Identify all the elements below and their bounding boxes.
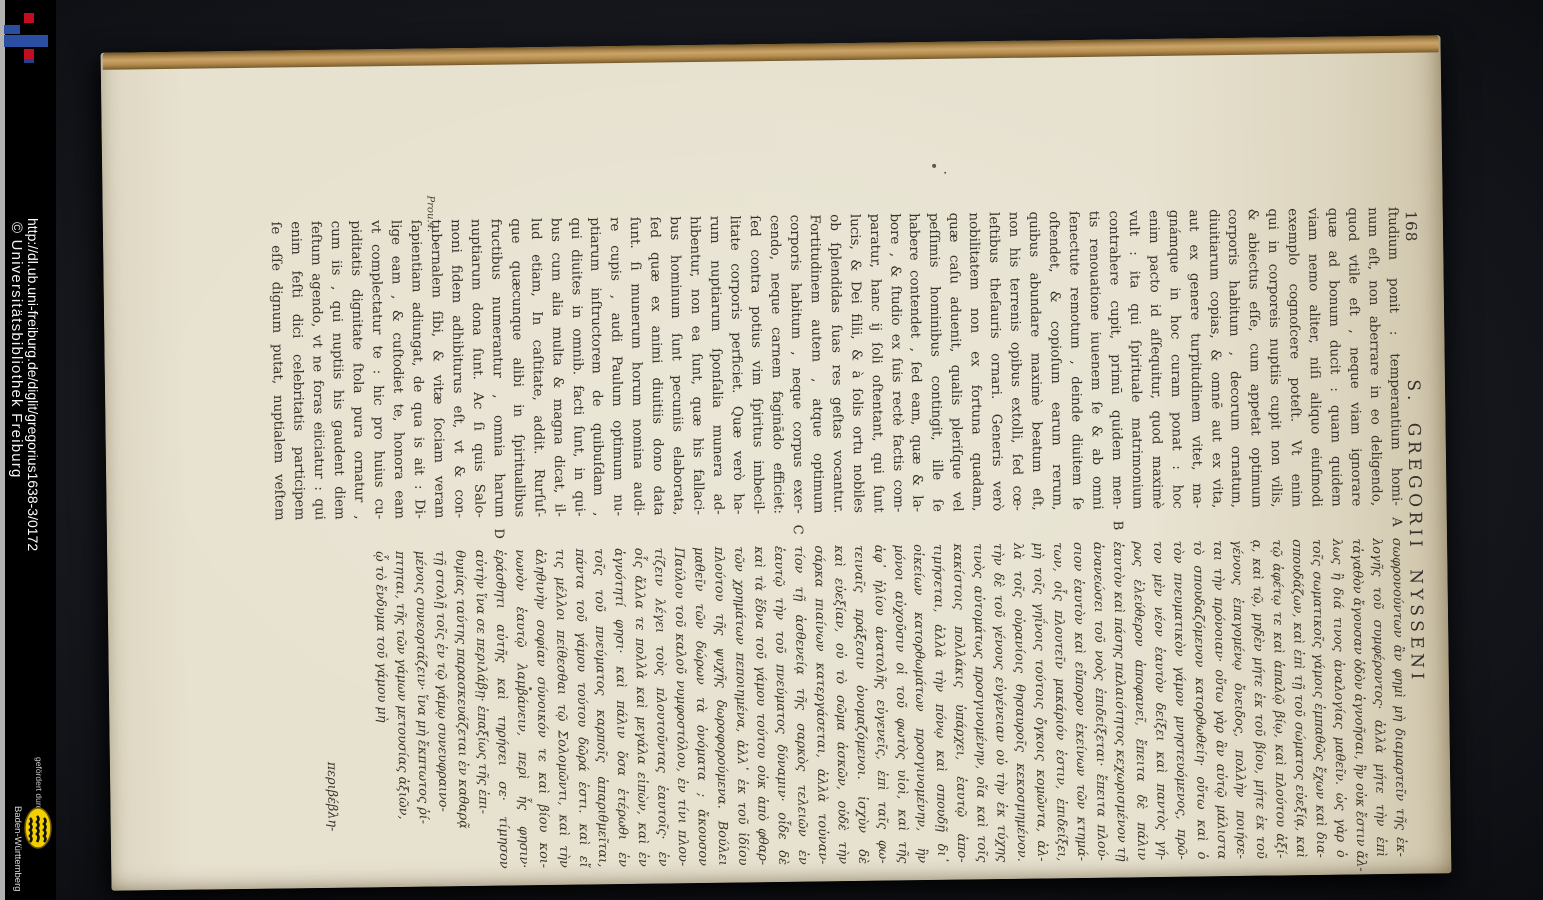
text-line: τον μὲν νέον ἑαυτὸν δείξει καὶ παντὸς γή… xyxy=(1147,541,1171,860)
text-line: τὸν πνευματικὸν γάμον μνηστευόμενος, πρῶ… xyxy=(1167,541,1191,860)
text-line: contrahere cupit, primū quidem men- xyxy=(1103,210,1127,509)
text-line: paratur, hanc ij ſoli oſtentant, qui ſun… xyxy=(863,214,887,513)
funding-org-text: Baden-Württemberg xyxy=(12,806,23,892)
text-line: viam nemo aliter, niſi aliquo eiuſmodi xyxy=(1302,208,1326,507)
text-line: vult : ita qui ſpirituale matrimonium xyxy=(1123,210,1147,509)
text-line: diuitiarum copias, & omnē aut ex vita, xyxy=(1202,209,1226,508)
text-line: ἀληθινὴν σοφίαν σύνοικόν τε καὶ βίου κοι… xyxy=(529,549,553,868)
text-line: ob ſplendidas ſuas res geſtas vocantur. xyxy=(824,214,848,513)
page-content-rotated: 168 S. GREGORII NYSSENI ſtudium ponit : … xyxy=(257,207,1430,872)
text-line: ſtudium ponit : temperantium homi- xyxy=(1382,207,1406,506)
text-line: ἐράσθητι αὐτῆς καὶ τηρήσει σε· τίμησον xyxy=(489,550,513,869)
text-line: τις μέλλοι πείθεσθαι τῷ Σολομῶντι, καὶ τ… xyxy=(549,549,573,868)
text-line: σάρκα πιαίνων κατεργάσεται, ἀλλὰ τοὐναν- xyxy=(808,545,832,864)
text-line: πάντα τοῦ γάμου τούτου δῶρά ἐστι. καὶ εἴ xyxy=(569,548,593,867)
text-line: τῇ στολῇ τοῖς ἐν τῷ γάμῳ συνευφραινο- xyxy=(429,550,452,766)
text-line: Fortitudinem autem , atque optimum xyxy=(804,214,828,513)
text-line: oſtendet, & copioſum earum rerum, xyxy=(1043,211,1067,510)
section-letter-C: C xyxy=(787,518,807,542)
logo-red-block-2 xyxy=(24,49,34,59)
text-line: θυμίας ταύτης παρασκευάζεται ἐν καθαρᾷ xyxy=(449,550,472,766)
logo-blue-bar xyxy=(4,35,48,47)
text-line: aut ex genere turpitudinem vitet, ma- xyxy=(1182,209,1206,508)
text-line: ſed contra potius vim ſpiritus imbecil- xyxy=(744,215,768,514)
text-line: αὐτὴν ἵνα σε περιλάβῃ· ἐπαξίως τῆς ἐπι- xyxy=(469,550,492,766)
viewer-sidebar: http://dl.ub.uni-freiburg.de/diglit/greg… xyxy=(0,0,56,900)
scanned-page: 168 S. GREGORII NYSSENI ſtudium ponit : … xyxy=(101,35,1452,890)
book-fore-edge xyxy=(103,35,1439,69)
text-line: ἀνανεώσει τοῦ νοὸς ἐπιδείξεται· ἔπειτα π… xyxy=(1087,542,1111,861)
text-line: των, οἷς πλουτεῖν μακάριόν ἐστιν, ἐπιδεί… xyxy=(1047,542,1071,861)
text-line: μόνοι αὐχοῦσιν οἱ τοῦ φωτὸς υἱοὶ, καὶ τῆ… xyxy=(888,544,912,863)
text-line: non his terrenis opibus extolli, ſed cœ- xyxy=(1003,212,1027,511)
text-line: vt complectatur te : hic pro huius cu- xyxy=(365,220,389,519)
text-line: litate corporis perficiet. Quæ verò ha- xyxy=(724,215,748,514)
text-line: τίον τῇ ἀσθενείᾳ τῆς σαρκὸς τελειῶν ἐν xyxy=(788,546,812,865)
text-line: bus hominum ſunt pecuniis elaborata, xyxy=(664,216,688,515)
text-line: qui diuites in omnib. facti ſunt, in qui… xyxy=(564,217,588,516)
text-line: ται τὴν πρόνοιαν· οὕτω γὰρ ἂν αὐτῷ μάλισ… xyxy=(1207,540,1231,859)
text-line: ſenectute remotum , deinde diuitem ſe xyxy=(1063,211,1087,510)
sidebar-gray-edge xyxy=(0,0,5,900)
greek-column: σωφρονούντων ἂν φημὶ μὴ διαμαρτεῖν τῆς ἐ… xyxy=(369,538,1410,871)
text-line: lud etiam, In caſtitate, addit. Rurſuſ- xyxy=(525,218,549,517)
text-line: bore , & ſtudio ex ſuis rectè factis com… xyxy=(883,213,907,512)
text-line: ἑαυτῷ τὴν τοῦ πνεύματος δύναμιν· οἶδε δὲ xyxy=(768,546,792,865)
source-url-text: http://dl.ub.uni-freiburg.de/diglit/greg… xyxy=(25,218,41,551)
screenshot-root: { "sidebar": { "url_text": "http://dl.ub… xyxy=(0,0,1543,900)
text-line: ἀφ᾽ ἡλίου ἀνατολῆς εὐγενεῖς, ἐπὶ ταῖς φω… xyxy=(868,545,892,864)
text-line: num eſt, non aberrare in eo deligendo, xyxy=(1362,207,1386,506)
text-line: tis renouatione iuuenem ſe & ab omni xyxy=(1083,211,1107,510)
text-line: ᾧ τὸ ἔνδυμα τοῦ γάμου μὴ xyxy=(369,551,392,767)
text-line: πτηται, τῆς τῶν γάμων μετουσίας ἀξιῶν, xyxy=(389,551,412,767)
text-line: fructibus numerantur , omnia harum xyxy=(485,219,509,518)
text-line: τὸ σπουδαζόμενον κατορθωθείη· οὕτω καὶ ὁ xyxy=(1187,540,1211,859)
text-line: nuptiarum dona ſunt. Ac ſi quis Salo- xyxy=(465,219,489,518)
section-letter-D: D xyxy=(488,522,508,546)
logo-red-block xyxy=(24,13,34,23)
text-line: gnámque in hoc curam ponat : hoc xyxy=(1162,210,1186,509)
text-line: καὶ εὐεξίαν, οὐ τὸ σῶμα ἀσκῶν, οὐδὲ τὴν xyxy=(828,545,852,864)
dust-speck xyxy=(944,172,946,174)
section-letter-A: A xyxy=(1386,510,1406,534)
text-line: lucis, & Dei filii, & à ſolis ortu nobil… xyxy=(843,214,867,513)
latin-column: ſtudium ponit : temperantium homi-num eſ… xyxy=(265,207,1405,521)
margin-note: Prou.4. xyxy=(424,195,435,232)
text-line: ἑαυτὸν καὶ πάσης παλαιότητος κεχωρισμένο… xyxy=(1107,541,1131,860)
text-line: τῶν χρημάτων πεποιημένα, ἀλλ᾽ ἐκ τοῦ ἰδί… xyxy=(728,546,752,865)
logo-blue-block xyxy=(4,25,20,34)
baden-wuerttemberg-coat-of-arms-icon xyxy=(24,806,52,850)
text-line: λογῆς τοῦ συμφέροντος· ἀλλὰ μήτε τὴν ἐπὶ xyxy=(1366,538,1390,857)
ub-freiburg-diglit-logo-icon xyxy=(0,0,56,70)
text-line: σωφρονούντων ἂν φημὶ μὴ διαμαρτεῖν τῆς ἐ… xyxy=(1386,538,1410,857)
text-line: enim pacto id aſſequitur, quod maximè xyxy=(1143,210,1167,509)
text-line: ſapientiam adiungat, de qua is ait : Di- xyxy=(405,220,429,519)
text-line: moni fidem adhibiturus eſt, vt & con- xyxy=(445,219,469,518)
text-line: hibentur, non ea ſunt, quæ his fallaci- xyxy=(684,216,708,515)
text-line: ρως ἐλεύθερον ἀποφανεῖ, ἔπειτα δὲ πάλιν xyxy=(1127,541,1151,860)
text-line: σιον ἑαυτὸν καὶ εὔπορον ἐκείνων τῶν κτημ… xyxy=(1067,542,1091,861)
text-line: bus cum alia multa & magna dicat, il- xyxy=(544,218,568,517)
text-line: quibus abundare maximè beatum eſt, xyxy=(1023,211,1047,510)
catchword: περιβέβλη- xyxy=(324,762,340,832)
text-line: que quæcunque alibi in ſpiritualibus xyxy=(505,218,529,517)
text-line: leſtibus theſauris ornari. Generis verò xyxy=(983,212,1007,511)
text-line: τειναῖς πράξεσιν ὀνομαζόμενοι. ἰσχὺν δὲ xyxy=(848,545,872,864)
text-line: quæ ad bonum ducit : quam quidem xyxy=(1322,208,1346,507)
text-line: νωνὸν ἑαυτῷ λαμβάνειν, περὶ ἧς φησιν· xyxy=(509,549,533,868)
text-line: μένοις συνεορτάζειν· ἵνα μὴ ἔκπτωτος ῥί- xyxy=(409,551,432,767)
text-line: καὶ τὰ ἕδνα τοῦ γάμου τούτου οὐκ ἀπὸ φθα… xyxy=(748,546,772,865)
text-line: corporis habitum , neque corpus exer- xyxy=(784,215,808,514)
section-letter-B: B xyxy=(1106,513,1126,537)
text-line: tubernalem ſibi, & vitæ ſociam veram xyxy=(425,219,449,518)
copyright-text: © Universitätsbibliothek Freiburg xyxy=(8,222,25,479)
text-line: cendo, neque carnem faginādo efficiet: xyxy=(764,215,788,514)
text-line: rum nuptiarum ſponſalia munera ad- xyxy=(704,216,728,515)
text-line: piditatis dignitate ſtola pura ornatur , xyxy=(345,220,369,519)
text-line: quod vtile eſt , neque viam ignorare xyxy=(1342,207,1366,506)
dust-speck xyxy=(932,164,936,168)
text-line: lige eam , & cuſtodiet te, honora eam xyxy=(385,220,409,519)
